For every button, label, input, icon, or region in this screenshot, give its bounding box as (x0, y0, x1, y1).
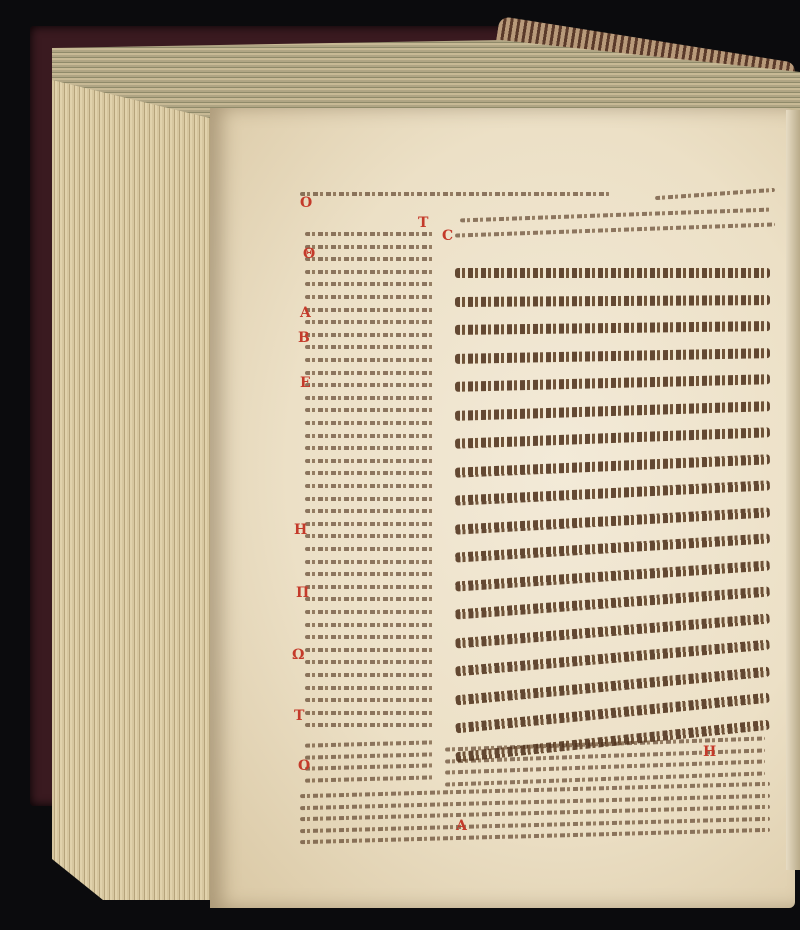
text-line (305, 434, 435, 438)
text-line (305, 572, 435, 576)
text-line (305, 522, 435, 526)
text-line (305, 471, 435, 475)
text-line (305, 232, 435, 236)
text-line (305, 320, 435, 324)
text-line (305, 686, 435, 690)
text-line (305, 723, 435, 727)
rubric-initial: Α (456, 818, 467, 834)
text-line (305, 534, 435, 538)
text-line (305, 295, 435, 299)
rubric-initial: Β (298, 330, 310, 346)
text-line (305, 585, 435, 589)
text-line (305, 383, 435, 387)
text-line (455, 268, 770, 278)
text-line (305, 446, 435, 450)
rubric-initial: Ε (300, 375, 311, 391)
text-line (300, 192, 610, 196)
text-line (305, 484, 435, 488)
page-right-edge (786, 110, 800, 870)
text-line (305, 711, 435, 715)
text-line (305, 257, 435, 261)
rubric-initial: Τ (418, 215, 428, 231)
rubric-initial: Ο (298, 758, 310, 774)
text-line (305, 282, 435, 286)
text-line (305, 371, 435, 375)
text-line (305, 597, 435, 601)
rubric-initial: Θ (303, 246, 315, 262)
text-line (305, 648, 435, 652)
rubric-initial: Η (294, 522, 307, 538)
text-line (305, 308, 435, 312)
text-line (305, 610, 435, 614)
text-line (305, 270, 435, 274)
page-edges-left (52, 80, 222, 900)
text-line (305, 358, 435, 362)
text-line (305, 497, 435, 501)
rubric-initial: Ω (292, 647, 304, 663)
rubric-initial: Τ (294, 708, 304, 724)
rubric-initial: C (442, 228, 453, 244)
text-line (305, 345, 435, 349)
text-line (305, 408, 435, 412)
text-line (305, 333, 435, 337)
rubric-initial: Ο (300, 195, 312, 211)
text-line (305, 459, 435, 463)
text-line (305, 635, 435, 639)
text-line (305, 421, 435, 425)
rubric-initial: Π (296, 585, 309, 601)
text-line (305, 509, 435, 513)
text-line (305, 547, 435, 551)
text-line (305, 673, 435, 677)
text-line (305, 396, 435, 400)
text-line (305, 698, 435, 702)
rubric-initial: Η (703, 744, 716, 760)
text-line (305, 660, 435, 664)
text-line (305, 623, 435, 627)
text-line (455, 295, 770, 307)
rubric-initial: Α (300, 305, 311, 321)
text-line (305, 245, 435, 249)
text-line (305, 560, 435, 564)
